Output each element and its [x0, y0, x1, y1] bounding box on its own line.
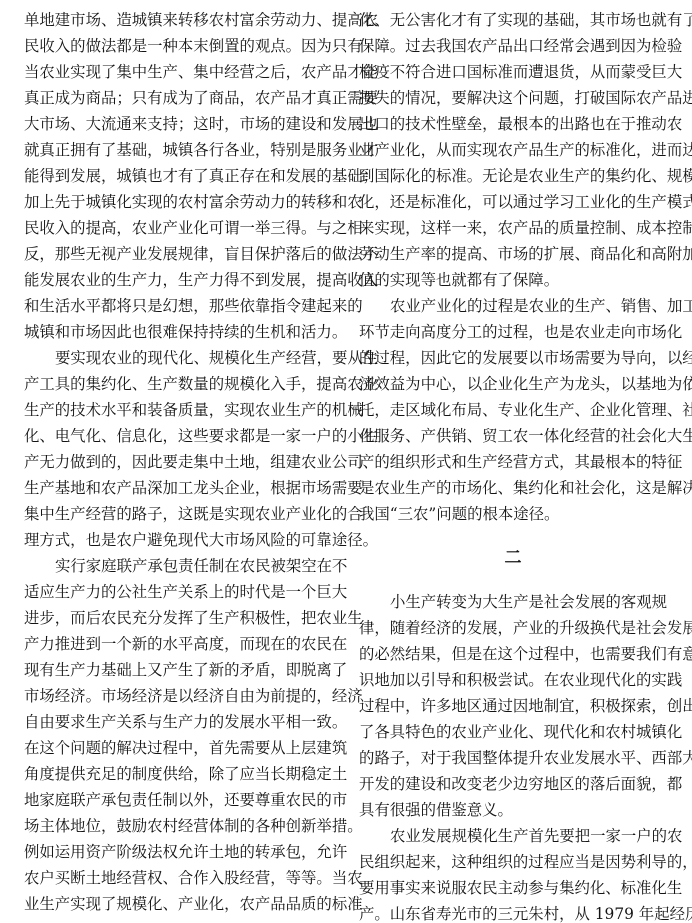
text-line: 产。山东省寿光市的三元朱村，从 1979 年起经历了: [359, 901, 667, 923]
text-line: 的路子，对于我国整体提升农业发展水平、西部大: [359, 745, 667, 771]
section-heading: 二: [359, 527, 667, 589]
text-line: 例如运用资产阶级法权允许土地的转承包，允许: [24, 839, 332, 865]
text-line: 能发展农业的生产力，生产力得不到发展，提高收入: [24, 267, 332, 293]
text-line: 了各具特色的农业产业化、现代化和农村城镇化: [359, 719, 667, 745]
text-line: 场主体地位，鼓励农村经营体制的各种创新举措。: [24, 813, 332, 839]
text-line: 环节走向高度分工的过程，也是农业走向市场化: [359, 319, 667, 345]
text-line: 实行家庭联产承包责任制在农民被架空在不: [24, 553, 332, 579]
right-column: 化、无公害化才有了实现的基础，其市场也就有了 保障。过去我国农产品出口经常会遇到…: [359, 7, 667, 923]
text-line: 农业产业化的过程是农业的生产、销售、加工: [359, 293, 667, 319]
text-line: 检疫不符合进口国标准而遭退货，从而蒙受巨大: [359, 59, 667, 85]
text-line: 到国际化的标准。无论是农业生产的集约化、规模: [359, 163, 667, 189]
paragraph: 单地建市场、造城镇来转移农村富余劳动力、提高农 民收入的做法都是一种本末倒置的观…: [24, 7, 332, 345]
text-line: 小生产转变为大生产是社会发展的客观规: [359, 589, 667, 615]
text-line: 值的实现等也就都有了保障。: [359, 267, 667, 293]
text-line: 民收入的做法都是一种本末倒置的观点。因为只有: [24, 33, 332, 59]
text-line: 律，随着经济的发展，产业的升级换代是社会发展: [359, 615, 667, 641]
text-line: 业产业化，从而实现农产品生产的标准化，进而达: [359, 137, 667, 163]
text-line: 单地建市场、造城镇来转移农村富余劳动力、提高农: [24, 7, 332, 33]
text-line: 自由要求生产关系与生产力的发展水平相一致。: [24, 709, 332, 735]
text-line: 产工具的集约化、生产数量的规模化入手，提高农业: [24, 371, 332, 397]
text-line: 能得到发展，城镇也才有了真正存在和发展的基础；: [24, 163, 332, 189]
paragraph: 农业发展规模化生产首先要把一家一户的农 民组织起来，这种组织的过程应当是因势利导…: [359, 823, 667, 923]
text-line: 是农业生产的市场化、集约化和社会化，这是解决: [359, 475, 667, 501]
text-line: 和生活水平都将只是幻想，那些依靠指令建起来的: [24, 293, 332, 319]
text-line: 大市场、大流通来支持；这时，市场的建设和发展也: [24, 111, 332, 137]
paragraph: 小生产转变为大生产是社会发展的客观规 律，随着经济的发展，产业的升级换代是社会发…: [359, 589, 667, 823]
paragraph: 实行家庭联产承包责任制在农民被架空在不 适应生产力的公社生产关系上的时代是一个巨…: [24, 553, 332, 917]
text-line: 集中生产经营的路子，这既是实现农业产业化的合: [24, 501, 332, 527]
text-line: 的过程，因此它的发展要以市场需要为导向，以经: [359, 345, 667, 371]
paragraph: 农业产业化的过程是农业的生产、销售、加工 环节走向高度分工的过程，也是农业走向市…: [359, 293, 667, 527]
text-line: 在这个问题的解决过程中，首先需要从上层建筑: [24, 735, 332, 761]
text-line: 产力推进到一个新的水平高度，而现在的农民在: [24, 631, 332, 657]
text-line: 生产基地和农产品深加工龙头企业，根据市场需要: [24, 475, 332, 501]
text-line: 出口的技术性壁垒，最根本的出路也在于推动农: [359, 111, 667, 137]
text-line: 真正成为商品；只有成为了商品，农产品才真正需要: [24, 85, 332, 111]
text-line: 产的组织形式和生产经营方式，其最根本的特征: [359, 449, 667, 475]
text-line: 反，那些无视产业发展规律，盲目保护落后的做法不: [24, 241, 332, 267]
text-line: 化服务、产供销、贸工农一体化经营的社会化大生: [359, 423, 667, 449]
text-line: 加上先于城镇化实现的农村富余劳动力的转移和农: [24, 189, 332, 215]
paragraph: 要实现农业的现代化、规模化生产经营，要从生 产工具的集约化、生产数量的规模化入手…: [24, 345, 332, 553]
text-line: 现有生产力基础上又产生了新的矛盾，即脱离了: [24, 657, 332, 683]
text-line: 劳动生产率的提高、市场的扩展、商品化和高附加: [359, 241, 667, 267]
text-line: 化、无公害化才有了实现的基础，其市场也就有了: [359, 7, 667, 33]
text-line: 理方式，也是农户避免现代大市场风险的可靠途径。: [24, 527, 332, 553]
left-column: 单地建市场、造城镇来转移农村富余劳动力、提高农 民收入的做法都是一种本末倒置的观…: [24, 7, 332, 917]
text-line: 化，还是标准化，可以通过学习工业化的生产模式: [359, 189, 667, 215]
text-line: 开发的建设和改变老少边穷地区的落后面貌，都: [359, 771, 667, 797]
text-line: 市场经济。市场经济是以经济自由为前提的，经济: [24, 683, 332, 709]
text-line: 农业发展规模化生产首先要把一家一户的农: [359, 823, 667, 849]
text-line: 济效益为中心，以企业化生产为龙头，以基地为依: [359, 371, 667, 397]
text-line: 化、电气化、信息化，这些要求都是一家一户的小生: [24, 423, 332, 449]
text-line: 生产的技术水平和装备质量，实现农业生产的机械: [24, 397, 332, 423]
document-page: 单地建市场、造城镇来转移农村富余劳动力、提高农 民收入的做法都是一种本末倒置的观…: [0, 0, 692, 923]
text-line: 过程中，许多地区通过因地制宜，积极探索，创出: [359, 693, 667, 719]
text-line: 民收入的提高，农业产业化可谓一举三得。与之相: [24, 215, 332, 241]
text-line: 地家庭联产承包责任制以外，还要尊重农民的市: [24, 787, 332, 813]
text-line: 要实现农业的现代化、规模化生产经营，要从生: [24, 345, 332, 371]
text-line: 角度提供充足的制度供给，除了应当长期稳定土: [24, 761, 332, 787]
text-line: 要用事实来说服农民主动参与集约化、标准化生: [359, 875, 667, 901]
text-line: 农户买断土地经营权、合作入股经营，等等。当农: [24, 865, 332, 891]
text-line: 当农业实现了集中生产、集中经营之后，农产品才能: [24, 59, 332, 85]
text-line: 业生产实现了规模化、产业化，农产品品质的标准: [24, 891, 332, 917]
text-line: 适应生产力的公社生产关系上的时代是一个巨大: [24, 579, 332, 605]
text-line: 来实现，这样一来，农产品的质量控制、成本控制、: [359, 215, 667, 241]
text-line: 城镇和市场因此也很难保持持续的生机和活力。: [24, 319, 332, 345]
text-line: 我国“三农”问题的根本途径。: [359, 501, 667, 527]
text-line: 损失的情况，要解决这个问题，打破国际农产品进: [359, 85, 667, 111]
text-line: 的必然结果，但是在这个过程中，也需要我们有意: [359, 641, 667, 667]
paragraph: 化、无公害化才有了实现的基础，其市场也就有了 保障。过去我国农产品出口经常会遇到…: [359, 7, 667, 293]
text-line: 就真正拥有了基础，城镇各行各业，特别是服务业才: [24, 137, 332, 163]
text-line: 托，走区域化布局、专业化生产、企业化管理、社会: [359, 397, 667, 423]
text-line: 具有很强的借鉴意义。: [359, 797, 667, 823]
text-line: 进步，而后农民充分发挥了生产积极性，把农业生: [24, 605, 332, 631]
text-line: 产无力做到的，因此要走集中土地，组建农业公司、: [24, 449, 332, 475]
text-line: 民组织起来，这种组织的过程应当是因势利导的，: [359, 849, 667, 875]
text-line: 保障。过去我国农产品出口经常会遇到因为检验: [359, 33, 667, 59]
text-line: 识地加以引导和积极尝试。在农业现代化的实践: [359, 667, 667, 693]
